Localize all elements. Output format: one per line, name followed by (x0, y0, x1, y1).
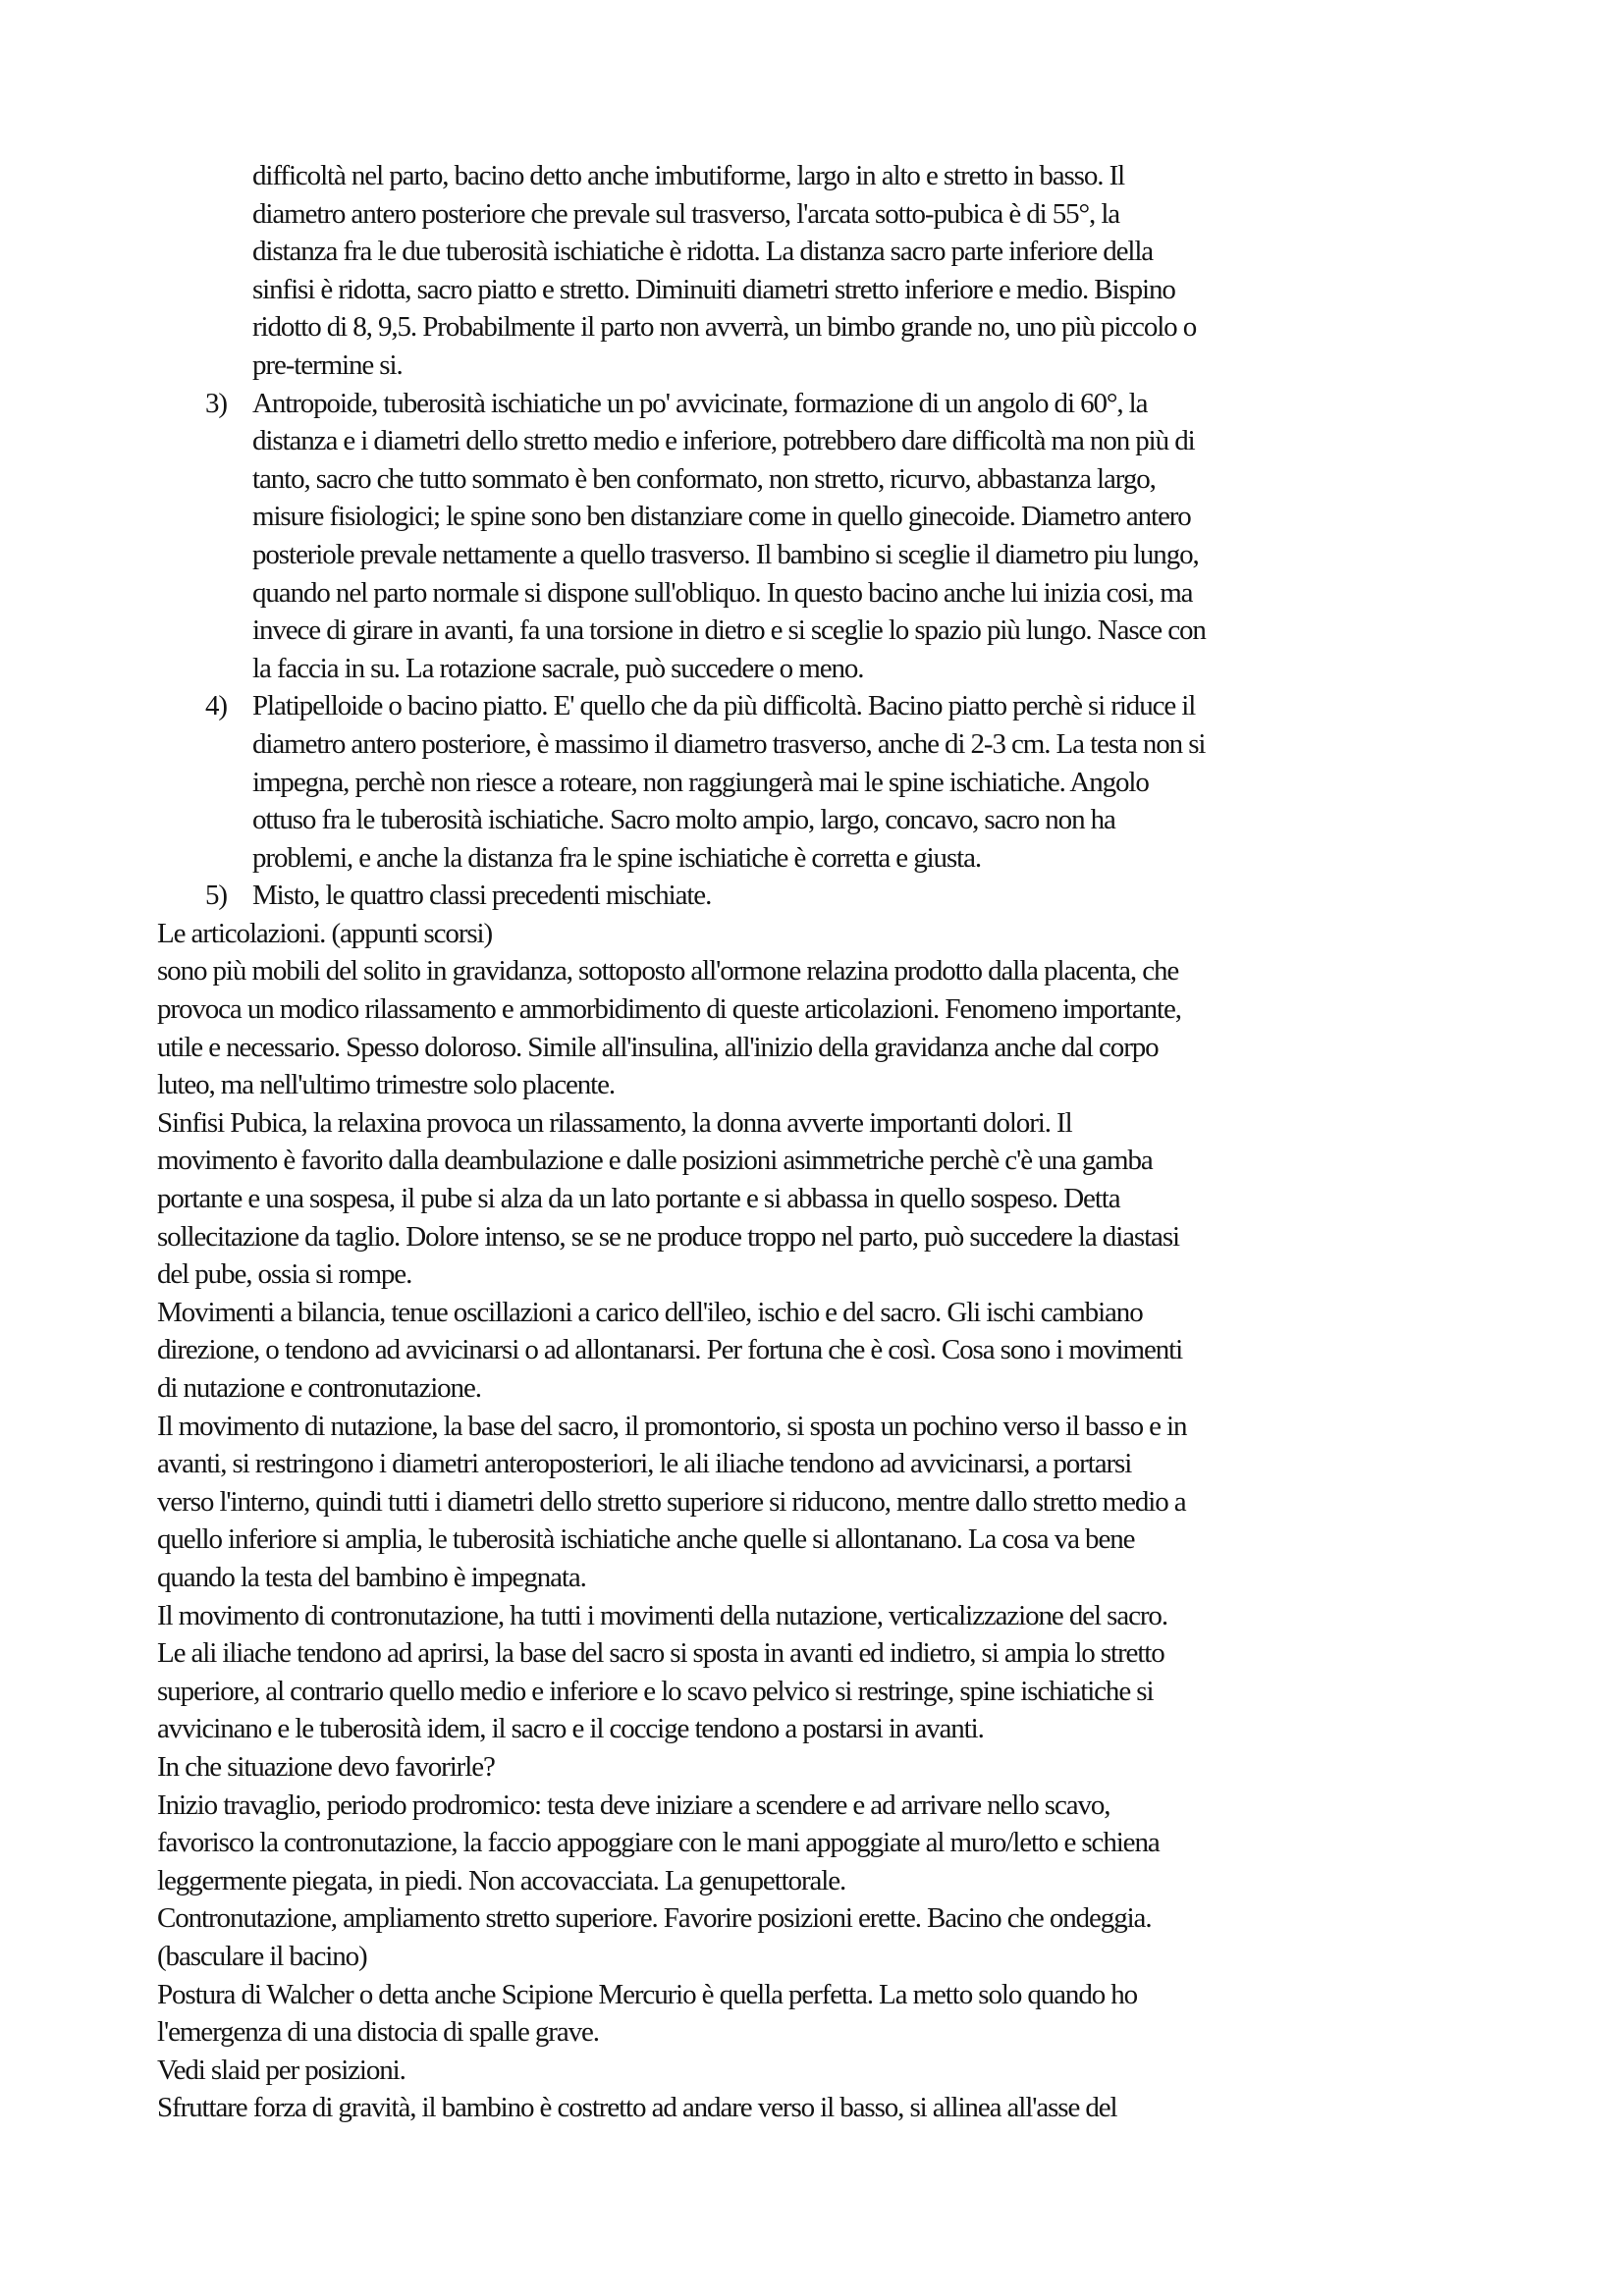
text-line: diametro antero posteriore, è massimo il… (252, 725, 1478, 764)
paragraph: Movimenti a bilancia, tenue oscillazioni… (157, 1294, 1478, 1408)
text-line: direzione, o tendono ad avvicinarsi o ad… (157, 1331, 1478, 1369)
list-item: 5)Misto, le quattro classi precedenti mi… (252, 877, 1478, 915)
text-line: Antropoide, tuberosità ischiatiche un po… (252, 385, 1478, 423)
document-page: difficoltà nel parto, bacino detto anche… (0, 0, 1623, 2296)
text-line: distanza fra le due tuberosità ischiatic… (252, 233, 1478, 271)
text-line: invece di girare in avanti, fa una torsi… (252, 612, 1478, 650)
text-line: distanza e i diametri dello stretto medi… (252, 422, 1478, 460)
paragraph: sono più mobili del solito in gravidanza… (157, 952, 1478, 1103)
text-line: la faccia in su. La rotazione sacrale, p… (252, 650, 1478, 688)
text-line: avanti, si restringono i diametri antero… (157, 1445, 1478, 1483)
paragraph: Postura di Walcher o detta anche Scipion… (157, 1976, 1478, 2052)
text-line: posteriole prevale nettamente a quello t… (252, 536, 1478, 574)
text-line: pre-termine si. (252, 347, 1478, 385)
text-line: Le articolazioni. (appunti scorsi) (157, 915, 1478, 953)
text-line: l'emergenza di una distocia di spalle gr… (157, 2013, 1478, 2052)
text-line: misure fisiologici; le spine sono ben di… (252, 498, 1478, 536)
text-line: del pube, ossia si rompe. (157, 1255, 1478, 1294)
text-line: favorisco la contronutazione, la faccio … (157, 1824, 1478, 1862)
paragraph: Vedi slaid per posizioni. (157, 2052, 1478, 2090)
text-line: utile e necessario. Spesso doloroso. Sim… (157, 1029, 1478, 1067)
text-line: luteo, ma nell'ultimo trimestre solo pla… (157, 1066, 1478, 1104)
list-number: 5) (205, 877, 227, 915)
list-number: 3) (205, 385, 227, 423)
text-line: In che situazione devo favorirle? (157, 1748, 1478, 1787)
list-number: 4) (205, 687, 227, 725)
text-line: quando nel parto normale si dispone sull… (252, 574, 1478, 613)
text-line: sollecitazione da taglio. Dolore intenso… (157, 1218, 1478, 1256)
text-line: di nutazione e contronutazione. (157, 1369, 1478, 1408)
list-item: 3)Antropoide, tuberosità ischiatiche un … (252, 385, 1478, 688)
paragraph: Le articolazioni. (appunti scorsi) (157, 915, 1478, 953)
text-line: provoca un modico rilassamento e ammorbi… (157, 990, 1478, 1029)
text-line: quando la testa del bambino è impegnata. (157, 1559, 1478, 1597)
text-line: Il movimento di nutazione, la base del s… (157, 1408, 1478, 1446)
text-line: leggermente piegata, in piedi. Non accov… (157, 1862, 1478, 1900)
text-line: Inizio travaglio, periodo prodromico: te… (157, 1787, 1478, 1825)
text-line: sono più mobili del solito in gravidanza… (157, 952, 1478, 990)
document-text: difficoltà nel parto, bacino detto anche… (157, 157, 1478, 2127)
list-item: 4)Platipelloide o bacino piatto. E' quel… (252, 687, 1478, 877)
text-line: problemi, e anche la distanza fra le spi… (252, 839, 1478, 878)
text-line: (basculare il bacino) (157, 1938, 1478, 1976)
text-line: ridotto di 8, 9,5. Probabilmente il part… (252, 308, 1478, 347)
text-line: difficoltà nel parto, bacino detto anche… (252, 157, 1478, 195)
text-line: movimento è favorito dalla deambulazione… (157, 1142, 1478, 1180)
text-line: Il movimento di contronutazione, ha tutt… (157, 1597, 1478, 1635)
text-line: impegna, perchè non riesce a roteare, no… (252, 764, 1478, 802)
text-line: verso l'interno, quindi tutti i diametri… (157, 1483, 1478, 1522)
text-line: Contronutazione, ampliamento stretto sup… (157, 1899, 1478, 1938)
text-line: Vedi slaid per posizioni. (157, 2052, 1478, 2090)
text-line: avvicinano e le tuberosità idem, il sacr… (157, 1710, 1478, 1748)
text-line: Platipelloide o bacino piatto. E' quello… (252, 687, 1478, 725)
text-line: portante e una sospesa, il pube si alza … (157, 1180, 1478, 1218)
text-line: ottuso fra le tuberosità ischiatiche. Sa… (252, 801, 1478, 839)
paragraph: Contronutazione, ampliamento stretto sup… (157, 1899, 1478, 1975)
text-line: Le ali iliache tendono ad aprirsi, la ba… (157, 1634, 1478, 1673)
paragraph: Sfruttare forza di gravità, il bambino è… (157, 2089, 1478, 2127)
text-line: Sfruttare forza di gravità, il bambino è… (157, 2089, 1478, 2127)
text-line: sinfisi è ridotta, sacro piatto e strett… (252, 271, 1478, 309)
text-line: Misto, le quattro classi precedenti misc… (252, 877, 1478, 915)
text-line: superiore, al contrario quello medio e i… (157, 1673, 1478, 1711)
text-line: Movimenti a bilancia, tenue oscillazioni… (157, 1294, 1478, 1332)
text-line: diametro antero posteriore che prevale s… (252, 195, 1478, 234)
text-line: Sinfisi Pubica, la relaxina provoca un r… (157, 1104, 1478, 1143)
paragraph: Sinfisi Pubica, la relaxina provoca un r… (157, 1104, 1478, 1294)
text-line: quello inferiore si amplia, le tuberosit… (157, 1521, 1478, 1559)
paragraph: In che situazione devo favorirle? (157, 1748, 1478, 1787)
text-line: Postura di Walcher o detta anche Scipion… (157, 1976, 1478, 2014)
text-line: tanto, sacro che tutto sommato è ben con… (252, 460, 1478, 499)
paragraph: Il movimento di contronutazione, ha tutt… (157, 1597, 1478, 1748)
list-continuation: difficoltà nel parto, bacino detto anche… (252, 157, 1478, 385)
paragraph: Il movimento di nutazione, la base del s… (157, 1408, 1478, 1597)
paragraph: Inizio travaglio, periodo prodromico: te… (157, 1787, 1478, 1900)
